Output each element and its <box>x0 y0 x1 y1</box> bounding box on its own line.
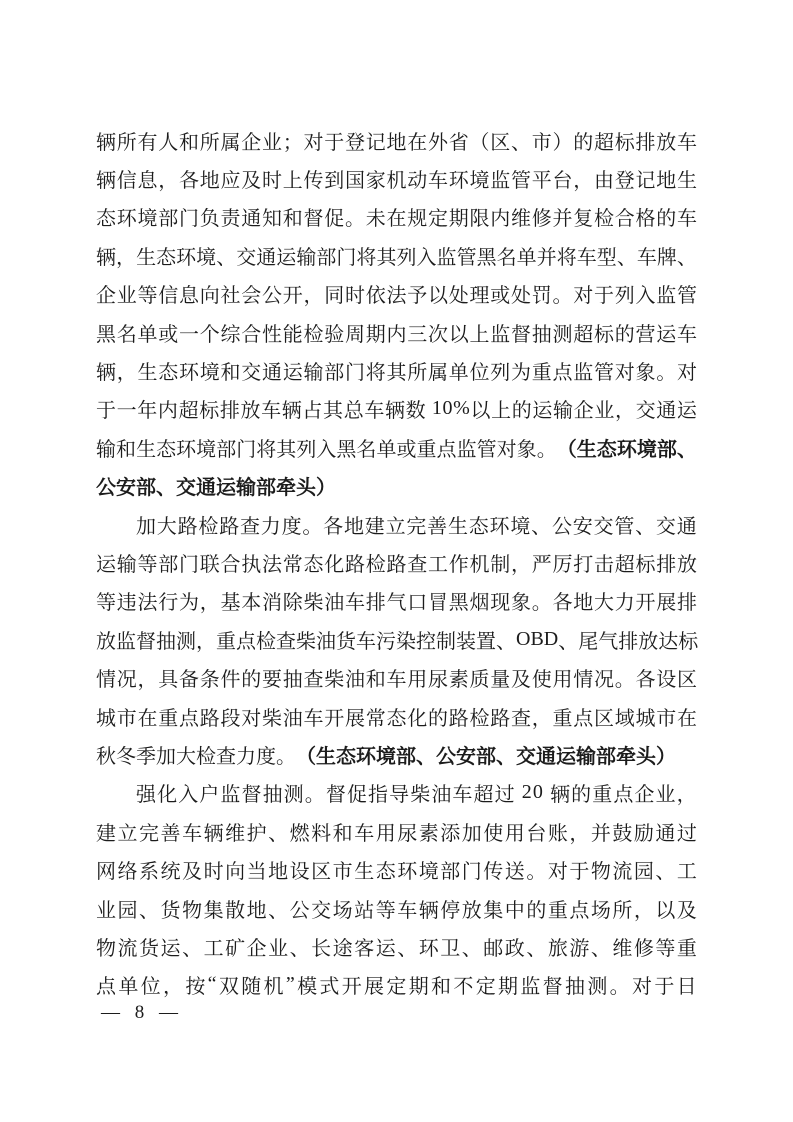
body-text-char: 对 <box>677 356 697 385</box>
body-text-char: 燃 <box>290 817 310 846</box>
body-text-char: 理 <box>470 279 490 308</box>
body-text-char: 将 <box>366 356 386 385</box>
body-text-char: 开 <box>283 279 303 308</box>
body-text-char: 部 <box>158 202 178 231</box>
body-text-char: 格 <box>636 202 656 231</box>
body-text-char: ， <box>117 356 137 385</box>
body-text-char: 建 <box>365 510 385 539</box>
body-text-char: 能 <box>283 318 303 347</box>
body-text-char: 车 <box>637 241 657 270</box>
body-text-char: 路 <box>345 548 365 577</box>
body-text-char: 地 <box>268 855 288 884</box>
body-text-char: 通 <box>256 241 276 270</box>
body-text-char: 检 <box>304 318 324 347</box>
body-text-char: 象 <box>636 356 656 385</box>
body-text-char: 、 <box>526 932 546 961</box>
body-text-char: 统 <box>161 855 181 884</box>
body-text-char: 境 <box>196 433 216 462</box>
body-text-char: 抽 <box>156 625 176 654</box>
body-text-char: 运 <box>161 932 181 961</box>
body-text-char: 量 <box>490 663 510 692</box>
body-text-char: 机 <box>264 970 284 999</box>
body-text-char: 督 <box>241 778 261 807</box>
document-line: 企业等信息向社会公开，同时依法予以处理或处罚。对于列入监管 <box>96 275 697 313</box>
document-line: 强化入户监督抽测。督促指导柴油车超过 20 辆的重点企业， <box>96 774 697 812</box>
body-text-char: 励 <box>634 817 654 846</box>
body-text-char: 账 <box>548 817 568 846</box>
body-text-char: 信 <box>117 164 137 193</box>
body-text-char: 条 <box>200 663 220 692</box>
body-text-char: 常 <box>283 548 303 577</box>
body-text-char: 定 <box>428 202 448 231</box>
body-text-char: 以 <box>449 318 469 347</box>
body-text-char: 园 <box>634 855 654 884</box>
body-text-char: 抽 <box>283 663 303 692</box>
document-line: 辆信息，各地应及时上传到国家机动车环境监管平台，由登记地生 <box>96 159 697 197</box>
body-text-char: 重 <box>158 702 178 731</box>
body-text-char: 查 <box>511 702 531 731</box>
bold-text-segment: （生态环境部、公安部、交通运输部牵头） <box>296 740 676 769</box>
body-text-char: 门 <box>336 241 356 270</box>
body-text-char: 监 <box>656 279 676 308</box>
bold-text-char: 环 <box>617 433 637 462</box>
body-text-char: ， <box>200 586 220 615</box>
body-text-char: 有 <box>138 126 158 155</box>
body-text-char: 社 <box>221 279 241 308</box>
body-text-char: 环 <box>176 433 196 462</box>
body-text-char: 。 <box>526 855 546 884</box>
body-text-char: 上 <box>491 394 511 423</box>
body-text-char: 游 <box>569 932 589 961</box>
body-text-char: 位 <box>470 356 490 385</box>
body-text-char: 一 <box>117 394 137 423</box>
body-text-char: 式 <box>319 970 339 999</box>
body-text-char: 、 <box>617 241 637 270</box>
body-text-char: 物 <box>96 932 116 961</box>
body-text-char: 放 <box>677 548 697 577</box>
body-text-char: 添 <box>440 817 460 846</box>
body-text-char: 立 <box>118 817 138 846</box>
body-text-char: 护 <box>247 817 267 846</box>
body-text-char: 对 <box>632 970 652 999</box>
body-text-char: 信 <box>158 279 178 308</box>
body-text-char: 位 <box>141 970 161 999</box>
body-text-char: 油 <box>283 702 303 731</box>
body-text-char: 展 <box>364 970 384 999</box>
body-text-char: 点 <box>573 702 593 731</box>
body-text-char: 和 <box>179 126 199 155</box>
body-text-char: 业 <box>262 126 282 155</box>
body-text-char: 用 <box>505 817 525 846</box>
body-text-char: 内 <box>158 394 178 423</box>
body-text-char: 0 <box>443 397 453 420</box>
document-line: 加大路检路查力度。各地建立完善生态环境、公安交管、交通 <box>96 505 697 543</box>
body-text-char: 卫 <box>440 932 460 961</box>
body-text-char: 时 <box>345 279 365 308</box>
body-text-char: 部 <box>324 356 344 385</box>
body-text-char: 点 <box>569 894 589 923</box>
body-text-char: 负 <box>200 202 220 231</box>
body-text-char: 货 <box>161 894 181 923</box>
body-text-char: 按 <box>185 970 205 999</box>
body-text-char: 况 <box>594 663 614 692</box>
body-text-char: 、 <box>496 625 516 654</box>
body-text-char: 气 <box>598 625 618 654</box>
body-text-char: 检 <box>256 625 276 654</box>
body-text-char: 。 <box>537 433 557 462</box>
body-text-char: 件 <box>221 663 241 692</box>
body-text-segment: 秋冬季加大检查力度。 <box>96 740 296 769</box>
body-text-char: 次 <box>428 318 448 347</box>
body-text-char: 区 <box>490 126 510 155</box>
body-text-char: 修 <box>634 932 654 961</box>
body-text-char: 口 <box>407 586 427 615</box>
body-text-char: 邮 <box>483 932 503 961</box>
document-line: 输和生态环境部门将其列入黑名单或重点监管对象。（生态环境部、 <box>96 428 697 466</box>
body-text-char: 记 <box>636 164 656 193</box>
document-page: 辆所有人和所属企业；对于登记地在外省（区、市）的超标排放车辆信息，各地应及时上传… <box>0 0 793 1122</box>
body-text-char: 环 <box>176 241 196 270</box>
body-text-char: 长 <box>311 932 331 961</box>
body-text-char: 工 <box>204 932 224 961</box>
body-text-char: 查 <box>240 510 260 539</box>
body-text-char: 超 <box>615 548 635 577</box>
body-text-char: 时 <box>262 164 282 193</box>
body-text-char: 为 <box>179 586 199 615</box>
body-text-char: 抽 <box>565 970 585 999</box>
body-text-char: 上 <box>283 164 303 193</box>
document-line: 点单位，按“双随机”模式开展定期和不定期监督抽测。对于日 <box>96 966 697 1004</box>
document-line: 情况，具备条件的要抽查柴油和车用尿素质量及使用情况。各设区 <box>96 658 697 696</box>
body-text-char: 柴 <box>304 586 324 615</box>
body-text-char: 以 <box>428 279 448 308</box>
body-text-char: 排 <box>656 548 676 577</box>
body-text-char: 通 <box>655 817 675 846</box>
body-text-char: 人 <box>158 126 178 155</box>
body-text-char: 超 <box>179 394 199 423</box>
body-text-char: 加 <box>462 817 482 846</box>
body-text-char: 。 <box>656 356 676 385</box>
body-text-char: 交 <box>594 510 614 539</box>
body-text-char: 辆 <box>419 894 439 923</box>
body-text-char: 加 <box>136 510 156 539</box>
document-line: 物流货运、工矿企业、长途客运、环卫、邮政、旅游、维修等重 <box>96 927 697 965</box>
body-text-char: 重 <box>216 625 236 654</box>
body-text-char: ” <box>286 973 295 996</box>
body-text-char: 法 <box>387 279 407 308</box>
body-text-char: 为 <box>511 356 531 385</box>
body-text-char: 料 <box>311 817 331 846</box>
body-text-char: 。 <box>345 202 365 231</box>
body-text-char: 于 <box>594 279 614 308</box>
body-text-char: 或 <box>158 318 178 347</box>
body-text-char: 物 <box>182 894 202 923</box>
body-text-char: 不 <box>453 970 473 999</box>
body-text-char: 和 <box>116 433 136 462</box>
body-text-char: 由 <box>594 164 614 193</box>
body-text-char: 制 <box>490 548 510 577</box>
body-text-char: 重 <box>532 356 552 385</box>
body-text-char: 运 <box>96 548 116 577</box>
body-text-char: ， <box>573 164 593 193</box>
body-text-char: 辆 <box>96 356 116 385</box>
body-text-char: ， <box>569 817 589 846</box>
body-text-char: 1 <box>432 397 442 420</box>
body-text-char: 监 <box>437 241 457 270</box>
body-text-char: 数 <box>406 394 426 423</box>
body-text-char: 对 <box>304 126 324 155</box>
body-text-char: 于 <box>569 855 589 884</box>
body-text-char: 区 <box>677 663 697 692</box>
body-text-char: 尿 <box>397 817 417 846</box>
body-text-char: 、 <box>182 932 202 961</box>
body-text-char: 、 <box>216 241 236 270</box>
body-text-char: 车 <box>345 586 365 615</box>
body-text-char: 厉 <box>553 548 573 577</box>
body-text-char: 环 <box>449 164 469 193</box>
body-text-char: 外 <box>428 126 448 155</box>
body-text-char: O <box>516 628 530 651</box>
body-text-char: 态 <box>156 433 176 462</box>
body-text-char: 和 <box>366 663 386 692</box>
body-text-char: 质 <box>470 663 490 692</box>
body-text-char: 生 <box>677 164 697 193</box>
body-text-char: 期 <box>498 970 518 999</box>
body-text-char: 环 <box>419 932 439 961</box>
body-text-char: 其 <box>376 241 396 270</box>
body-text-char: 地 <box>200 164 220 193</box>
document-body: 辆所有人和所属企业；对于登记地在外省（区、市）的超标排放车辆信息，各地应及时上传… <box>96 121 697 1004</box>
body-text-char: 大 <box>157 510 177 539</box>
body-text-char: 监 <box>490 318 510 347</box>
body-text-char: 抽 <box>263 778 283 807</box>
body-text-char: 象 <box>511 586 531 615</box>
body-text-char: 性 <box>262 318 282 347</box>
body-text-char: 。 <box>302 510 322 539</box>
body-text-char: 标 <box>594 318 614 347</box>
body-text-char: 生 <box>354 855 374 884</box>
body-text-char: 等 <box>138 548 158 577</box>
body-text-char: 流 <box>612 855 632 884</box>
body-text-char: 在 <box>138 702 158 731</box>
body-text-char: 督 <box>543 970 563 999</box>
body-text-char: 运 <box>656 318 676 347</box>
body-text-char: 境 <box>470 164 490 193</box>
body-text-char: 的 <box>526 894 546 923</box>
body-text-char: 运 <box>276 241 296 270</box>
body-text-char: 重 <box>677 932 697 961</box>
body-text-char: 等 <box>138 279 158 308</box>
body-text-char: 责 <box>221 202 241 231</box>
body-text-char: 营 <box>636 318 656 347</box>
body-text-char: 单 <box>517 241 537 270</box>
body-text-char: 黑 <box>477 241 497 270</box>
body-text-char: 境 <box>419 855 439 884</box>
body-text-char: 违 <box>117 586 137 615</box>
body-text-char: 个 <box>200 318 220 347</box>
body-text-char: 定 <box>386 970 406 999</box>
body-text-char: 业 <box>117 279 137 308</box>
body-text-char: 查 <box>304 663 324 692</box>
body-text-char: 击 <box>594 548 614 577</box>
body-text-char: 周 <box>345 318 365 347</box>
bold-text-char: 境 <box>637 433 657 462</box>
body-text-char: 名 <box>497 241 517 270</box>
body-text-char: 测 <box>553 318 573 347</box>
body-text-char: 期 <box>409 970 429 999</box>
body-text-char: 送 <box>505 855 525 884</box>
body-text-char: 点 <box>437 433 457 462</box>
body-text-char: 以 <box>655 894 675 923</box>
body-text-char: 市 <box>656 702 676 731</box>
body-text-char: 及 <box>511 663 531 692</box>
body-text-char: 黑 <box>336 433 356 462</box>
body-text-char: 用 <box>376 817 396 846</box>
body-text-char: 安 <box>573 510 593 539</box>
body-text-char: 境 <box>196 241 216 270</box>
body-text-char: 通 <box>262 356 282 385</box>
body-text-char: 管 <box>677 279 697 308</box>
body-text-char: 所 <box>612 894 632 923</box>
body-text-char: 对 <box>548 855 568 884</box>
body-text-char: 环 <box>397 855 417 884</box>
body-text-char: 态 <box>387 702 407 731</box>
body-text-char: 冒 <box>428 586 448 615</box>
body-text-char: 业 <box>268 932 288 961</box>
body-text-char: 对 <box>573 279 593 308</box>
body-text-char: 物 <box>591 855 611 884</box>
body-text-char: 传 <box>483 855 503 884</box>
body-text-char: 严 <box>532 548 552 577</box>
body-text-char: 环 <box>117 202 137 231</box>
body-text-char: % <box>453 397 470 420</box>
body-text-char: 、 <box>591 932 611 961</box>
body-text-char: 属 <box>221 126 241 155</box>
body-text-char: 油 <box>316 625 336 654</box>
body-text-char: 输 <box>553 394 573 423</box>
body-text-char: 牌 <box>657 241 677 270</box>
body-text-char: 地 <box>344 510 364 539</box>
body-text-char: 排 <box>366 586 386 615</box>
document-line: 城市在重点路段对柴油车开展常态化的路检路查，重点区域城市在 <box>96 697 697 735</box>
body-text-char: 属 <box>428 356 448 385</box>
body-text-char: ， <box>158 164 178 193</box>
body-text-char: 用 <box>407 663 427 692</box>
body-text-char: ， <box>196 625 216 654</box>
body-text-char: 态 <box>304 548 324 577</box>
body-text-char: 2 <box>522 781 532 804</box>
body-text-char: 过 <box>677 817 697 846</box>
body-text-char: ； <box>283 126 303 155</box>
body-text-char <box>426 397 431 420</box>
body-text-char: 用 <box>553 663 573 692</box>
body-text-char: 管 <box>511 164 531 193</box>
body-text-char: 放 <box>240 394 260 423</box>
body-text-char: 本 <box>241 586 261 615</box>
body-text-char: 重 <box>548 894 568 923</box>
body-text-char: 。 <box>305 778 325 807</box>
body-text-char: 现 <box>490 586 510 615</box>
body-text-char: 依 <box>366 279 386 308</box>
body-text-char: 、 <box>511 126 531 155</box>
body-text-char: 部 <box>216 433 236 462</box>
body-text-char: 单 <box>138 318 158 347</box>
body-text-char: 点 <box>179 702 199 731</box>
body-text-char: 作 <box>449 548 469 577</box>
body-text-char: 规 <box>407 202 427 231</box>
body-text-char <box>544 781 549 804</box>
body-text-char: 放 <box>96 625 116 654</box>
body-text-char: 达 <box>658 625 678 654</box>
body-text-char: 路 <box>387 548 407 577</box>
document-line: 辆所有人和所属企业；对于登记地在外省（区、市）的超标排放车 <box>96 121 697 159</box>
body-text-char: 法 <box>262 548 282 577</box>
body-text-char: 、 <box>462 932 482 961</box>
body-text-char: 管 <box>614 510 634 539</box>
body-text-char: 、 <box>677 241 697 270</box>
body-text-char: 城 <box>96 702 116 731</box>
body-text-char: 执 <box>241 548 261 577</box>
body-text-char: 测 <box>587 970 607 999</box>
body-text-char: 总 <box>344 394 364 423</box>
body-text-char: 在 <box>407 126 427 155</box>
body-text-char: ， <box>163 970 183 999</box>
body-text-char: 车 <box>354 817 374 846</box>
body-text-char: 其 <box>323 394 343 423</box>
body-text-char: 路 <box>200 702 220 731</box>
body-text-char: 定 <box>476 970 496 999</box>
body-text-char: 境 <box>200 356 220 385</box>
body-text-char: 超 <box>573 318 593 347</box>
body-text-char: 监 <box>457 433 477 462</box>
body-text-char: 装 <box>456 625 476 654</box>
body-text-char: 通 <box>677 510 697 539</box>
body-text-char: 力 <box>615 586 635 615</box>
body-text-char: 域 <box>615 702 635 731</box>
body-text-char: 单 <box>449 356 469 385</box>
body-text-char: 部 <box>158 548 178 577</box>
body-text-char: 具 <box>158 663 178 692</box>
body-text-char: 交 <box>241 356 261 385</box>
body-text-char: 名 <box>117 318 137 347</box>
body-text-char: 情 <box>573 663 593 692</box>
body-text-char: 打 <box>573 548 593 577</box>
body-text-char: 导 <box>389 778 409 807</box>
document-line: 等违法行为，基本消除柴油车排气口冒黑烟现象。各地大力开展排 <box>96 582 697 620</box>
body-text-char: 生 <box>448 510 468 539</box>
body-text-char: 单 <box>118 970 138 999</box>
body-text-char: 验 <box>324 318 344 347</box>
body-text-char: 完 <box>139 817 159 846</box>
body-text-char: 到 <box>324 164 344 193</box>
body-text-char: 在 <box>677 702 697 731</box>
body-text-char: 列 <box>396 241 416 270</box>
body-text-char: 向 <box>225 855 245 884</box>
body-text-char: 各 <box>553 586 573 615</box>
body-text-char: 模 <box>297 970 317 999</box>
body-text-char: 辆 <box>204 817 224 846</box>
body-text-char: 。 <box>615 663 635 692</box>
body-text-char: 于 <box>654 970 674 999</box>
body-text-char: 于 <box>96 394 116 423</box>
body-text-char: 三 <box>407 318 427 347</box>
body-text-char: 化 <box>324 548 344 577</box>
body-text-char: 处 <box>449 279 469 308</box>
body-text-char: 通 <box>241 202 261 231</box>
bold-text-char: 部 <box>657 433 677 462</box>
body-text-char: 法 <box>138 586 158 615</box>
body-text-char: 旅 <box>548 932 568 961</box>
